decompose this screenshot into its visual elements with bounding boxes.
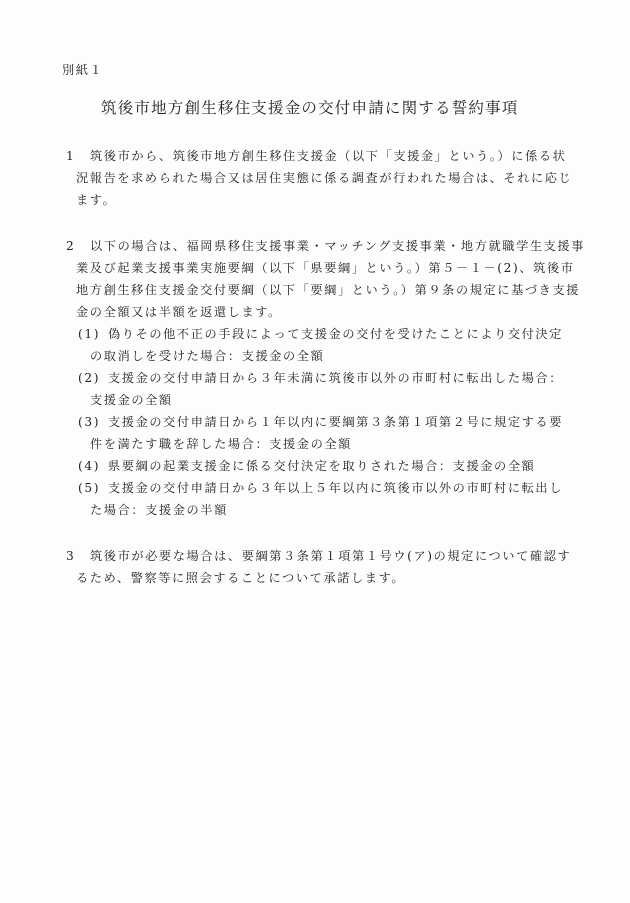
sub-item-text-line: の取消しを受けた場合：支援金の全額 bbox=[90, 348, 324, 364]
section-text-line: 筑後市から、筑後市地方創生移住支援金（以下「支援金」という。）に係る状 bbox=[90, 148, 566, 164]
sub-item-text-line: 支援金の交付申請日から３年以上５年以内に筑後市以外の市町村に転出し bbox=[108, 480, 563, 496]
section-text-line: 況報告を求められた場合又は居住実態に係る調査が行われた場合は、それに応じ bbox=[76, 170, 572, 186]
sub-item-text-line: た場合：支援金の半額 bbox=[90, 502, 228, 518]
sub-item-text-line: 偽りその他不正の手段によって支援金の交付を受けたことにより交付決定 bbox=[108, 326, 563, 342]
section-number: 2 bbox=[66, 238, 75, 254]
sub-item-label: (4) bbox=[78, 458, 100, 474]
section-text-line: 以下の場合は、福岡県移住支援事業・マッチング支援事業・地方就職学生支援事 bbox=[90, 238, 585, 254]
section-text-line: 筑後市が必要な場合は、要綱第３条第１項第１号ウ(ア)の規定について確認す bbox=[90, 548, 571, 564]
section-text-line: 業及び起業支援事業実施要綱（以下「県要綱」という。）第５－１－(2)、筑後市 bbox=[76, 260, 575, 276]
document-title: 筑後市地方創生移住支援金の交付申請に関する誓約事項 bbox=[101, 98, 519, 118]
section-text-line: 地方創生移住支援金交付要綱（以下「要綱」という。）第９条の規定に基づき支援 bbox=[76, 282, 580, 298]
sub-item-label: (1) bbox=[78, 326, 100, 342]
sub-item-text-line: 支援金の全額 bbox=[90, 392, 173, 408]
sub-item-label: (2) bbox=[78, 370, 100, 386]
sub-item-text-line: 件を満たす職を辞した場合：支援金の全額 bbox=[90, 436, 352, 452]
section-number: 1 bbox=[66, 148, 75, 164]
section-text-line: るため、警察等に照会することについて承諾します。 bbox=[76, 570, 405, 586]
section-text-line: ます。 bbox=[76, 192, 116, 208]
sub-item-text-line: 県要綱の起業支援金に係る交付決定を取りされた場合：支援金の全額 bbox=[108, 458, 535, 474]
section-text-line: 金の全額又は半額を返還します。 bbox=[76, 304, 282, 320]
sub-item-label: (3) bbox=[78, 414, 100, 430]
sub-item-text-line: 支援金の交付申請日から１年以内に要綱第３条第１項第２号に規定する要 bbox=[108, 414, 563, 430]
section-number: 3 bbox=[66, 548, 75, 564]
sub-item-text-line: 支援金の交付申請日から３年未満に筑後市以外の市町村に転出した場合： bbox=[108, 370, 563, 386]
attachment-label: 別紙１ bbox=[62, 62, 103, 78]
sub-item-label: (5) bbox=[78, 480, 100, 496]
